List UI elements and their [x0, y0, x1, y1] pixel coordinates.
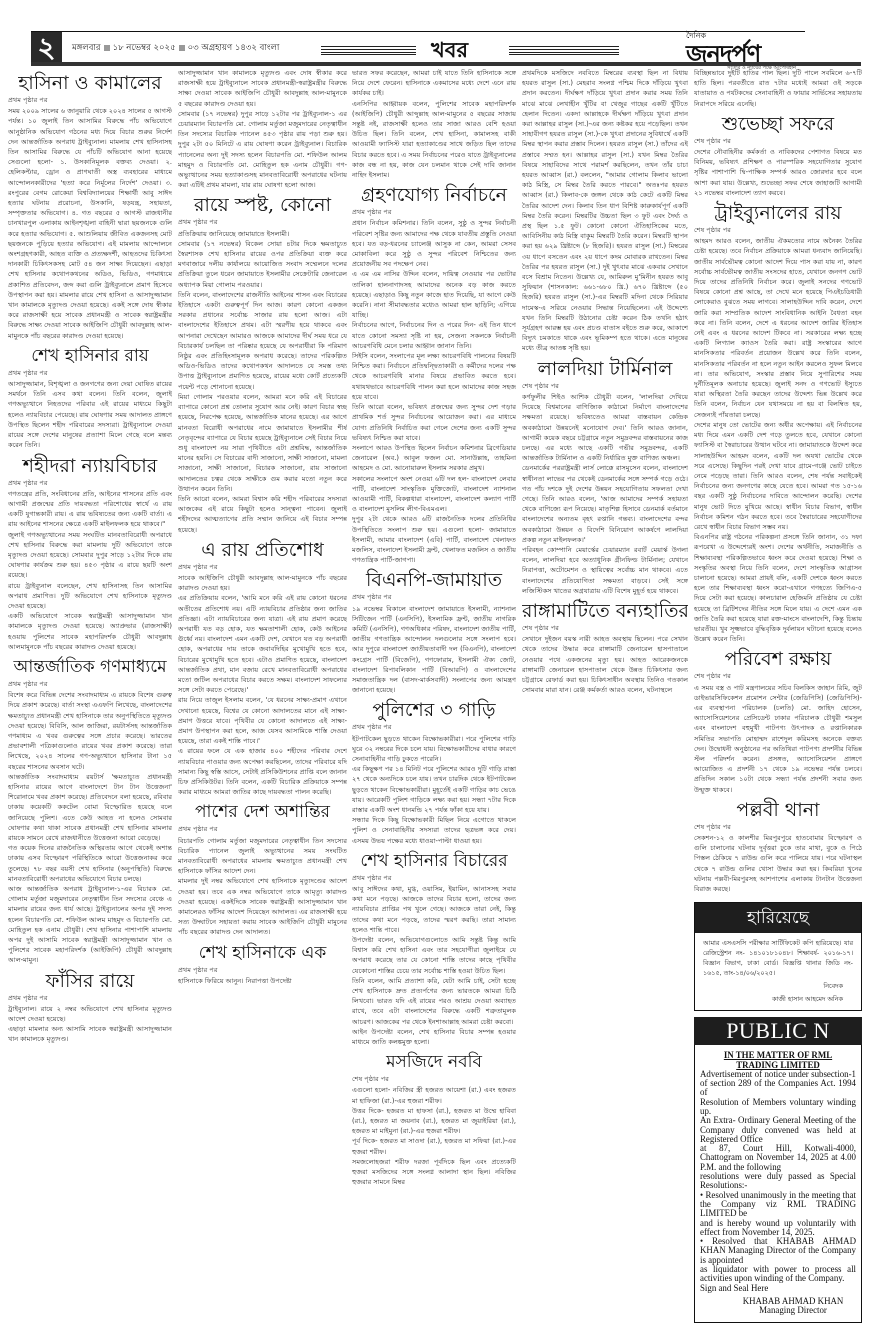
article-paragraph: জুলাই গণঅভ্যুত্থানের সময় সংঘটিত মানবতাব… — [8, 530, 172, 581]
article-paragraph: সিইসি বলেন, সংলাপের মূল লক্ষ্য আচরণবিধি … — [352, 351, 516, 402]
article-paragraph: উত্তর দিকে- হজরত মা হাফসা (রা.), হজরত মা… — [352, 1106, 516, 1137]
article-headline: শেখ হাসিনার বিচারের — [352, 850, 516, 872]
article-paragraph: সাবেক আইজিপি চৌধুরী আবদুল্লাহ আল-মামুনকে… — [178, 573, 347, 593]
article-kicker: প্রথম পৃষ্ঠার পর — [8, 993, 172, 1003]
page-number: ২ — [31, 32, 62, 64]
article-paragraph: আইন উপদেষ্টা বলেন, শেখ হাসিনার বিচার সম্… — [352, 1027, 516, 1047]
article-paragraph: বিচারপতি গোলাম মর্তুজা মজুমদারের নেতৃত্ব… — [178, 836, 347, 877]
article-paragraph: দেশের মানুষ তো ভোটের জন্য অধীর অপেক্ষায়… — [694, 420, 862, 532]
lost-notice-body: আমার এসএসসি পরীক্ষার সার্টিফিকেট কপি হার… — [695, 933, 861, 1010]
article-paragraph: পরিবহন কোম্পানি মেয়ার্স্কের চেয়ারম্যান… — [522, 545, 688, 596]
article-continuation: ভারত সফর করেছেন, আমরা চাই যাতে তিনি হাসি… — [352, 68, 516, 180]
article-kicker: প্রথম পৃষ্ঠার পর — [352, 873, 516, 883]
article-kicker: প্রথম পৃষ্ঠার পর — [178, 562, 347, 572]
article-paragraph: সমজলোহজরা শরীফ দরজা পূর্বদিকে ছিল এবং প্… — [352, 1157, 516, 1188]
article-paragraph: বিশেষ করে বিভিন্ন দেশের সংবাদমাধ্যম এ রা… — [8, 690, 172, 772]
article-paragraph: এনসিপির আহ্বায়ক বলেন, পুলিশের সাবেক মহা… — [352, 99, 516, 181]
article-paragraph: একটি অভিযোগে সাবেক স্বরাষ্ট্রমন্ত্রী আসা… — [8, 611, 172, 652]
dateline: মঙ্গলবার১৮ নভেম্বর ২০২৫০৩ অগ্রহায়ণ ১৪৩২… — [72, 41, 279, 55]
column-3: ভারত সফর করেছেন, আমরা চাই যাতে তিনি হাসি… — [352, 68, 516, 1337]
article-headline: পল্লবী থানা — [694, 799, 862, 821]
decorative-rule-right — [509, 46, 619, 55]
separator-square-icon — [179, 45, 185, 51]
column-1: হাসিনা ও কামালের প্রথম পৃষ্ঠার পর সময় ২… — [8, 68, 172, 1337]
article-paragraph: সংলাপে আরও উপস্থিত ছিলেন নির্বাচন কমিশনা… — [352, 443, 516, 474]
article: পল্লবী থানা শেষ পৃষ্ঠার পর সেকশন-১২ ও কা… — [694, 799, 862, 894]
article-paragraph: প্রতিক্রিয়ায় জানিয়েছে জামায়াতে ইসলাম… — [178, 229, 347, 239]
article: গ্রহণযোগ্য নির্বাচনে প্রথম পৃষ্ঠার পর প্… — [352, 184, 516, 565]
article-kicker: প্রথম পৃষ্ঠার পর — [178, 217, 347, 227]
article-paragraph: সন্ধ্যার দিকে কিছু বিক্ষোভকারী মিছিল নিয… — [352, 815, 516, 846]
article-headline: শহীদরা ন্যায়বিচার — [8, 455, 172, 477]
article: পুলিশের ৩ গাড়ি প্রথম পৃষ্ঠার পর ইটপাটকে… — [352, 699, 516, 845]
article: বিএনপি-জামায়াত প্রথম পৃষ্ঠার পর ১৯ নভেম… — [352, 569, 516, 695]
article-paragraph: বিএনপির রাষ্ট্র গঠনের পরিকল্পনা প্রসঙ্গে… — [694, 532, 862, 644]
lost-notice-ad: হারিয়েছে আমার এসএসসি পরীক্ষার সার্টিফিক… — [694, 902, 862, 1011]
article: ফাঁসির রায়ে প্রথম পৃষ্ঠার পর ট্রাইব্যুন… — [8, 970, 172, 1045]
article-paragraph: প্রধান নির্বাচন কমিশনার। তিনি বলেন, সুষ্… — [352, 218, 516, 269]
article-paragraph: রায় নিয়ে তাজুল ইসলাম বলেন, 'যে ধরনের স… — [178, 695, 347, 746]
article: রাঙ্গামাটিতে বন্যহাতির শেষ পৃষ্ঠার পর সে… — [522, 600, 688, 695]
article: লালদিয়া টার্মিনাল শেষ পৃষ্ঠার পর কর্ণফু… — [522, 358, 688, 596]
article-paragraph: তিনি আরো বলেন, ভবিষ্যৎ প্রজন্মের জন্য সু… — [352, 402, 516, 443]
article-paragraph: মিয়া গোলাম পরওয়ার বলেন, আমরা মনে করি এ… — [178, 392, 347, 494]
article-paragraph: পূর্ব দিকে- হজরত মা সাওদা (রা.), হজরত মা… — [352, 1136, 516, 1156]
article-paragraph: আসাদুজ্জামান খান কামালকে মৃত্যুদণ্ড এবং … — [178, 68, 347, 109]
article-headline: পরিবেশ রক্ষায় — [694, 648, 862, 670]
article-continuation: বিচ্ছিন্নভাবে দুইটি হাতির পাল ছিল। দুটি … — [694, 68, 862, 109]
article: মসজিদে নববি শেষ পৃষ্ঠার পর এগুলো হলো- নব… — [352, 1051, 516, 1187]
article-paragraph: গত কয়েক দিনের রাজনৈতিক অস্থিরতায় আগে থ… — [8, 843, 172, 884]
article-paragraph: উপদেষ্টা বলেন, অভিযোগগুলোতে আমি সন্তুষ্ট… — [352, 935, 516, 976]
dateline-gregorian: ১৮ নভেম্বর ২০২৫ — [113, 43, 176, 53]
article: পরিবেশ রক্ষায় শেষ পৃষ্ঠার পর এ সময় বস্… — [694, 648, 862, 794]
article-paragraph: দুপুর ২টা থেকে আরও ৬টি রাজনৈতিক দলের প্র… — [352, 514, 516, 565]
article-paragraph: এর কিছুক্ষণ পর ১৪ মিনিট পরে পুলিশের আরও … — [352, 764, 516, 815]
article-paragraph: এছাড়া মামলার অন্য আসামি সাবেক স্বরাষ্ট্… — [8, 1024, 172, 1044]
article-kicker: শেষ পৃষ্ঠার পর — [522, 381, 688, 391]
article-paragraph: রায়ে ট্রাইব্যুনাল বলেছেন, শেখ হাসিনাসহ … — [8, 581, 172, 612]
article-paragraph: এ এম এম নাসির উদ্দিন বলেন, দায়িত্ব নেওয… — [352, 269, 516, 320]
article-paragraph: দেশের নৌবাহিনীর কর্মকর্তা ও নাবিকদের পেশ… — [694, 147, 862, 198]
article-headline: পুলিশের ৩ গাড়ি — [352, 699, 516, 721]
public-notice-paragraph: • Resolved unanimously in the meeting th… — [700, 1191, 856, 1219]
article-kicker: প্রথম পৃষ্ঠার পর — [8, 478, 172, 488]
public-notice-paragraph: resolutions were duly passed as Special … — [700, 1172, 856, 1191]
public-notice-paragraph: as liquidator with power to process all … — [700, 1265, 856, 1284]
newspaper-logo: দৈনিক জনদর্পণ সত্যের ও ন্যায়ের পক্ষে আপ… — [686, 30, 846, 73]
article-kicker: প্রথম পৃষ্ঠার পর — [178, 965, 347, 975]
article-paragraph: ১৯ নভেম্বর বিকালে বাংলাদেশ জামায়াতে ইসল… — [352, 604, 516, 696]
article-paragraph: তিনি বলেন, বাংলাদেশের রাজনীতি আইনের শাসন… — [178, 290, 347, 392]
article-paragraph: আসাদুজ্জামান, বিশৃঙ্খলা ও জনগণের জন্য দে… — [8, 379, 172, 450]
article-paragraph: এর প্রতিক্রিয়ায় বলেন, 'আমি মনে করি এই … — [178, 593, 347, 695]
article-paragraph: এ রায়ের ফলে যে এক হাজার ৪০০ শহীদের পরিব… — [178, 746, 347, 797]
article-paragraph: সেখানে দুইজন বয়স্ক নারী আহত অবস্থায় ছি… — [522, 634, 688, 695]
article-paragraph: কর্ণফুলীর শিইও আশিক চৌধুরী বলেন, 'লালদিয… — [522, 392, 688, 463]
article-kicker: প্রথম পৃষ্ঠার পর — [352, 207, 516, 217]
article-paragraph: তিনি বলেন, আমি প্রত্যাশা করি, যেটা আমি চ… — [352, 976, 516, 1027]
public-notice-heading: PUBLIC N OTICE — [694, 1017, 862, 1045]
article-kicker: শেষ পৃষ্ঠার পর — [522, 623, 688, 633]
dateline-bengali: ০৩ অগ্রহায়ণ ১৪৩২ বাংলা — [188, 43, 280, 53]
lost-notice-heading: হারিয়েছে — [695, 903, 861, 933]
article-paragraph: নির্বাচনের আগে, নির্বাচনের দিন ও পরের দি… — [352, 320, 516, 351]
article-kicker: শেষ পৃষ্ঠার পর — [694, 136, 862, 146]
article-headline: রাঙ্গামাটিতে বন্যহাতির — [522, 600, 688, 622]
article-headline: বিএনপি-জামায়াত — [352, 569, 516, 591]
article-paragraph: এগুলো হলো- নবিজির স্ত্রী হজরত আয়েশা (রা… — [352, 1085, 516, 1105]
article-paragraph: ভারত সফর করেছেন, আমরা চাই যাতে তিনি হাসি… — [352, 68, 516, 99]
article-paragraph: বিচ্ছিন্নভাবে দুইটি হাতির পাল ছিল। দুটি … — [694, 68, 862, 109]
article-paragraph: সকালের সংলাপে অংশ নেওয়া ৬টি দল হল- বাংল… — [352, 474, 516, 515]
column-4: প্রথমদিকে মসজিদে নববিতে মিম্বরের ব্যবস্থ… — [522, 68, 688, 1337]
separator-square-icon — [104, 45, 110, 51]
article-paragraph: প্রথমদিকে মসজিদে নববিতে মিম্বরের ব্যবস্থ… — [522, 68, 688, 354]
article-paragraph: আবু সাঈদের কথা, মুগ্ধ, ওয়াসিম, ইয়ামিন,… — [352, 884, 516, 935]
article-kicker: প্রথম পৃষ্ঠার পর — [352, 592, 516, 602]
article-headline: শেখ হাসিনার রায় — [8, 345, 172, 367]
article-paragraph: আজ আন্তর্জাতিক অপরাধ ট্রাইব্যুনাল-১-এর ব… — [8, 884, 172, 966]
article-kicker: প্রথম পৃষ্ঠার পর — [8, 368, 172, 378]
article: শেখ হাসিনার বিচারের প্রথম পৃষ্ঠার পর আবু… — [352, 850, 516, 1047]
article-paragraph: হাসিনাকে ফিরিয়ে আনুন। নিরাপত্তা উপদেষ্ট… — [178, 976, 347, 986]
public-notice-paragraph: at 87, Court Hill, Kotwali-4000, Chattog… — [700, 1144, 856, 1172]
article-headline: মসজিদে নববি — [352, 1051, 516, 1073]
public-notice-signer-title: Managing Director — [700, 1306, 856, 1315]
article: শেখ হাসিনাকে এক প্রথম পৃষ্ঠার পর হাসিনাক… — [178, 942, 347, 986]
dateline-day: মঙ্গলবার — [72, 43, 101, 53]
public-notice-body: IN THE MATTER OF RML TRADING LIMITED Adv… — [694, 1045, 862, 1322]
lost-notice-signed-label: নিবেদক — [703, 981, 853, 991]
article-kicker: শেষ পৃষ্ঠার পর — [694, 671, 862, 681]
public-notice-paragraph: • Resolved that KHABAB AHMAD KHAN Managi… — [700, 1237, 856, 1265]
article-kicker: শেষ পৃষ্ঠার পর — [694, 822, 862, 832]
lost-notice-signed-name: কাজী হাসান আহমেদ অনিক — [703, 994, 853, 1004]
public-notice-paragraph: Resolution of Members voluntary winding … — [700, 1098, 856, 1117]
article: ট্রাইব্যুনালের রায় শেষ পৃষ্ঠার পর আহমদ … — [694, 202, 862, 644]
article-paragraph: সোমবার (১৭ নভেম্বর) বিকেল সোয়া ৪টার দিক… — [178, 239, 347, 290]
article-headline: পাশের দেশ অশান্তির — [178, 801, 347, 823]
article-kicker: প্রথম পৃষ্ঠার পর — [352, 722, 516, 732]
article-headline: শেখ হাসিনাকে এক — [178, 942, 347, 964]
article-headline: গ্রহণযোগ্য নির্বাচনে — [352, 184, 516, 206]
article-paragraph: ইটপাটকেল ছুড়তে থাকেন বিক্ষোভকারীরা। পরে… — [352, 734, 516, 765]
article-paragraph: এ সময় বস্ত্র ও পাট মন্ত্রণালয়ের সচিব ব… — [694, 683, 862, 795]
article-paragraph: আন্তর্জাতিক সংবাদমাধ্যম রয়টার্স 'ক্ষমতা… — [8, 772, 172, 843]
article-kicker: শেষ পৃষ্ঠার পর — [694, 225, 862, 235]
public-notice-paragraph: Advertisement of notice under subsection… — [700, 1070, 856, 1098]
column-2: আসাদুজ্জামান খান কামালকে মৃত্যুদণ্ড এবং … — [178, 68, 347, 1337]
article: আন্তর্জাতিক গণমাধ্যমে প্রথম পৃষ্ঠার পর ব… — [8, 656, 172, 966]
column-5: বিচ্ছিন্নভাবে দুইটি হাতির পাল ছিল। দুটি … — [694, 68, 862, 1337]
article: শহীদরা ন্যায়বিচার প্রথম পৃষ্ঠার পর গণতন… — [8, 455, 172, 652]
masthead: ২ মঙ্গলবার১৮ নভেম্বর ২০২৫০৩ অগ্রহায়ণ ১৪… — [31, 31, 805, 61]
article-paragraph: তিনি আরো বলেন, আমরা বিশ্বাস করি শহীদ পরি… — [178, 494, 347, 535]
article-headline: শুভেচ্ছা সফরে — [694, 113, 862, 135]
article-paragraph: গণতন্ত্রের প্রতি, সংবিধানের প্রতি, আইনের… — [8, 489, 172, 530]
article-paragraph: সেকশন-১২ ও কালশীর মিরপুরপুরে হাতবোমার বি… — [694, 833, 862, 894]
article-kicker: প্রথম পৃষ্ঠার পর — [8, 95, 172, 105]
article-paragraph: মামলার দুই নম্বর অভিযোগে শেখ হাসিনাকে মৃ… — [178, 876, 347, 937]
public-notice-paragraph: and is hereby wound up voluntarily with … — [700, 1219, 856, 1238]
article-headline: রায়ে স্পষ্ট, কোনো — [178, 194, 347, 216]
top-rule-divider — [31, 62, 861, 66]
article-headline: লালদিয়া টার্মিনাল — [522, 358, 688, 380]
article: শুভেচ্ছা সফরে শেষ পৃষ্ঠার পর দেশের নৌবাহ… — [694, 113, 862, 198]
article-headline: আন্তর্জাতিক গণমাধ্যমে — [8, 656, 172, 678]
article: পাশের দেশ অশান্তির প্রথম পৃষ্ঠার পর বিচা… — [178, 801, 347, 937]
article-continuation: আসাদুজ্জামান খান কামালকে মৃত্যুদণ্ড এবং … — [178, 68, 347, 190]
article: হাসিনা ও কামালের প্রথম পৃষ্ঠার পর সময় ২… — [8, 72, 172, 341]
article: এ রায় প্রতিশোধ প্রথম পৃষ্ঠার পর সাবেক আ… — [178, 539, 347, 798]
article-kicker: প্রথম পৃষ্ঠার পর — [8, 679, 172, 689]
article: রায়ে স্পষ্ট, কোনো প্রথম পৃষ্ঠার পর প্রত… — [178, 194, 347, 534]
article-headline: হাসিনা ও কামালের — [8, 72, 172, 94]
public-notice-paragraph: An Extra- Ordinary General Meeting of th… — [700, 1116, 856, 1144]
article-headline: ট্রাইব্যুনালের রায় — [694, 202, 862, 224]
article: শেখ হাসিনার রায় প্রথম পৃষ্ঠার পর আসাদুজ… — [8, 345, 172, 451]
article-headline: এ রায় প্রতিশোধ — [178, 539, 347, 561]
public-notice-paragraph: Sign and Seal Here — [700, 1284, 856, 1293]
article-paragraph: আহমদ আরও বলেন, জাতীয় ঐকমত্যের নামে অনৈক… — [694, 236, 862, 420]
article-paragraph: সময় ২০০৯ সালের ৬ জানুয়ারি থেকে ২০২৪ সা… — [8, 106, 172, 341]
article-kicker: শেষ পৃষ্ঠার পর — [352, 1074, 516, 1084]
decorative-rule-left — [321, 46, 416, 55]
article-paragraph: সোমবার (১৭ নভেম্বর) দুপুর সাড়ে ১২টার পর… — [178, 109, 347, 191]
article-paragraph: ট্রাইব্যুনাল। রায়ে ২ নম্বর অভিযোগে শেখ … — [8, 1004, 172, 1024]
article-headline: ফাঁসির রায়ে — [8, 970, 172, 992]
article-paragraph: ডেনমার্কের পররাষ্ট্রমন্ত্রী লার্স লোক্কে… — [522, 463, 688, 545]
article-continuation: প্রথমদিকে মসজিদে নববিতে মিম্বরের ব্যবস্থ… — [522, 68, 688, 354]
article-kicker: প্রথম পৃষ্ঠার পর — [178, 824, 347, 834]
lost-notice-text: আমার এসএসসি পরীক্ষার সার্টিফিকেট কপি হার… — [703, 938, 853, 978]
